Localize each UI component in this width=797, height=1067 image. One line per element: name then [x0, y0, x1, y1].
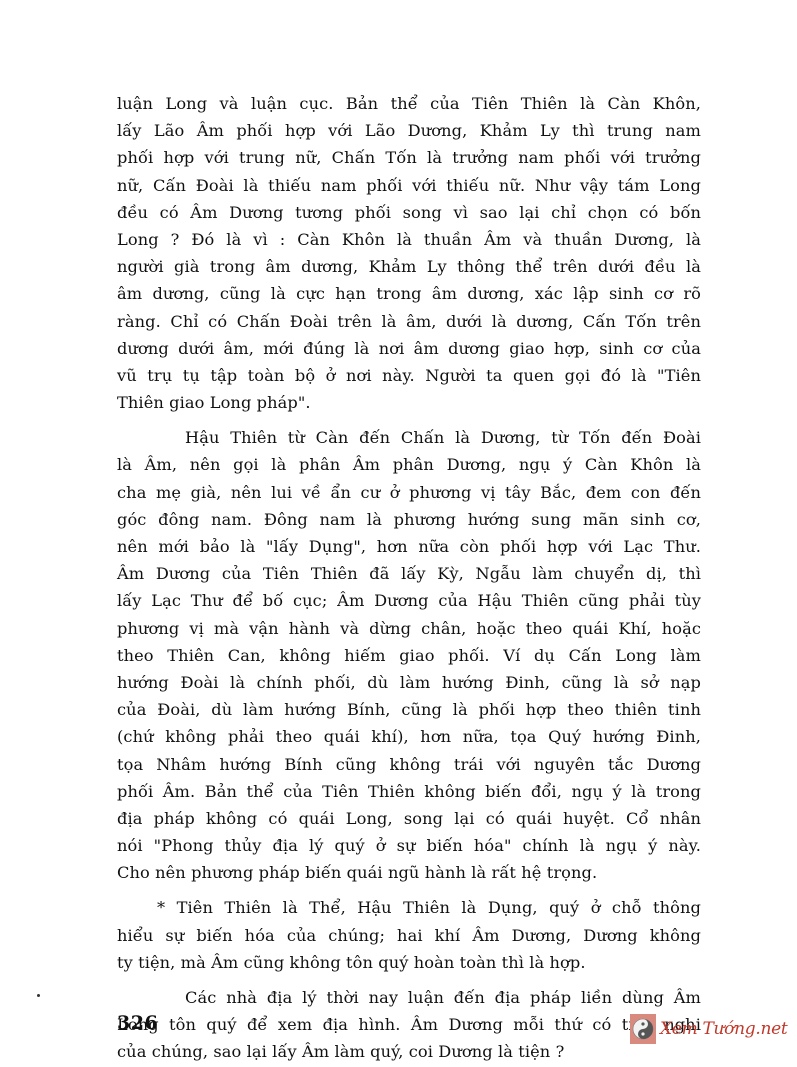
text-line: hiểu sự biến hóa của chúng; hai khí Âm D… — [117, 922, 701, 949]
text-line: Âm Dương của Tiên Thiên đã lấy Kỳ, Ngẫu … — [117, 560, 701, 587]
text-line: lấy Lão Âm phối hợp với Lão Dương, Khảm … — [117, 117, 701, 144]
text-line: Long ? Đó là vì : Càn Khôn là thuần Âm v… — [117, 226, 701, 253]
text-line: nên mới bảo là "lấy Dụng", hơn nữa còn p… — [117, 533, 701, 560]
text-line: dương dưới âm, mới đúng là nơi âm dương … — [117, 335, 701, 362]
text-line: theo Thiên Can, không hiếm giao phối. Ví… — [117, 642, 701, 669]
text-line: (chứ không phải theo quái khí), hơn nữa,… — [117, 723, 701, 750]
text-line: góc đông nam. Đông nam là phương hướng s… — [117, 506, 701, 533]
text-line: * Tiên Thiên là Thể, Hậu Thiên là Dụng, … — [117, 894, 701, 921]
text-line: vũ trụ tụ tập toàn bộ ở nơi này. Người t… — [117, 362, 701, 389]
text-line: Cho nên phương pháp biến quái ngũ hành l… — [117, 859, 701, 886]
text-line: phương vị mà vận hành và dừng chân, hoặc… — [117, 615, 701, 642]
text-line: phối Âm. Bản thể của Tiên Thiên không bi… — [117, 778, 701, 805]
watermark-logo[interactable]: Xem Tướng.net — [630, 1012, 787, 1046]
page-number: 326 — [117, 1012, 158, 1034]
text-line: ràng. Chỉ có Chấn Đoài trên là âm, dưới … — [117, 308, 701, 335]
text-line: Thiên giao Long pháp". — [117, 389, 701, 416]
text-line: địa pháp không có quái Long, song lại có… — [117, 805, 701, 832]
yin-yang-icon — [630, 1014, 656, 1044]
scan-speck — [37, 994, 40, 997]
paragraph-gap — [117, 976, 701, 984]
page-body: luận Long và luận cục. Bản thể của Tiên … — [117, 90, 701, 1066]
text-line: lấy Lạc Thư để bố cục; Âm Dương của Hậu … — [117, 587, 701, 614]
text-line: hướng Đoài là chính phối, dù làm hướng Đ… — [117, 669, 701, 696]
text-line: cha mẹ già, nên lui về ẩn cư ở phương vị… — [117, 479, 701, 506]
text-line: phối hợp với trung nữ, Chấn Tốn là trưởn… — [117, 144, 701, 171]
text-line: người già trong âm dương, Khảm Ly thông … — [117, 253, 701, 280]
text-line: của Đoài, dù làm hướng Bính, cũng là phố… — [117, 696, 701, 723]
text-line: Long tôn quý để xem địa hình. Âm Dương m… — [117, 1011, 701, 1038]
text-line: của chúng, sao lại lấy Âm làm quý, coi D… — [117, 1038, 701, 1065]
text-line: Các nhà địa lý thời nay luận đến địa phá… — [117, 984, 701, 1011]
paragraph-gap — [117, 416, 701, 424]
text-line: luận Long và luận cục. Bản thể của Tiên … — [117, 90, 701, 117]
text-line: nói "Phong thủy địa lý quý ở sự biến hóa… — [117, 832, 701, 859]
text-line: âm dương, cũng là cực hạn trong âm dương… — [117, 280, 701, 307]
text-line: là Âm, nên gọi là phân Âm phân Dương, ng… — [117, 451, 701, 478]
text-line: nữ, Cấn Đoài là thiếu nam phối với thiếu… — [117, 172, 701, 199]
text-line: Hậu Thiên từ Càn đến Chấn là Dương, từ T… — [117, 424, 701, 451]
paragraph-gap — [117, 886, 701, 894]
text-line: tọa Nhâm hướng Bính cũng không trái với … — [117, 751, 701, 778]
watermark-text: Xem Tướng.net — [660, 1019, 787, 1039]
text-line: ty tiện, mà Âm cũng không tôn quý hoàn t… — [117, 949, 701, 976]
text-line: đều có Âm Dương tương phối song vì sao l… — [117, 199, 701, 226]
